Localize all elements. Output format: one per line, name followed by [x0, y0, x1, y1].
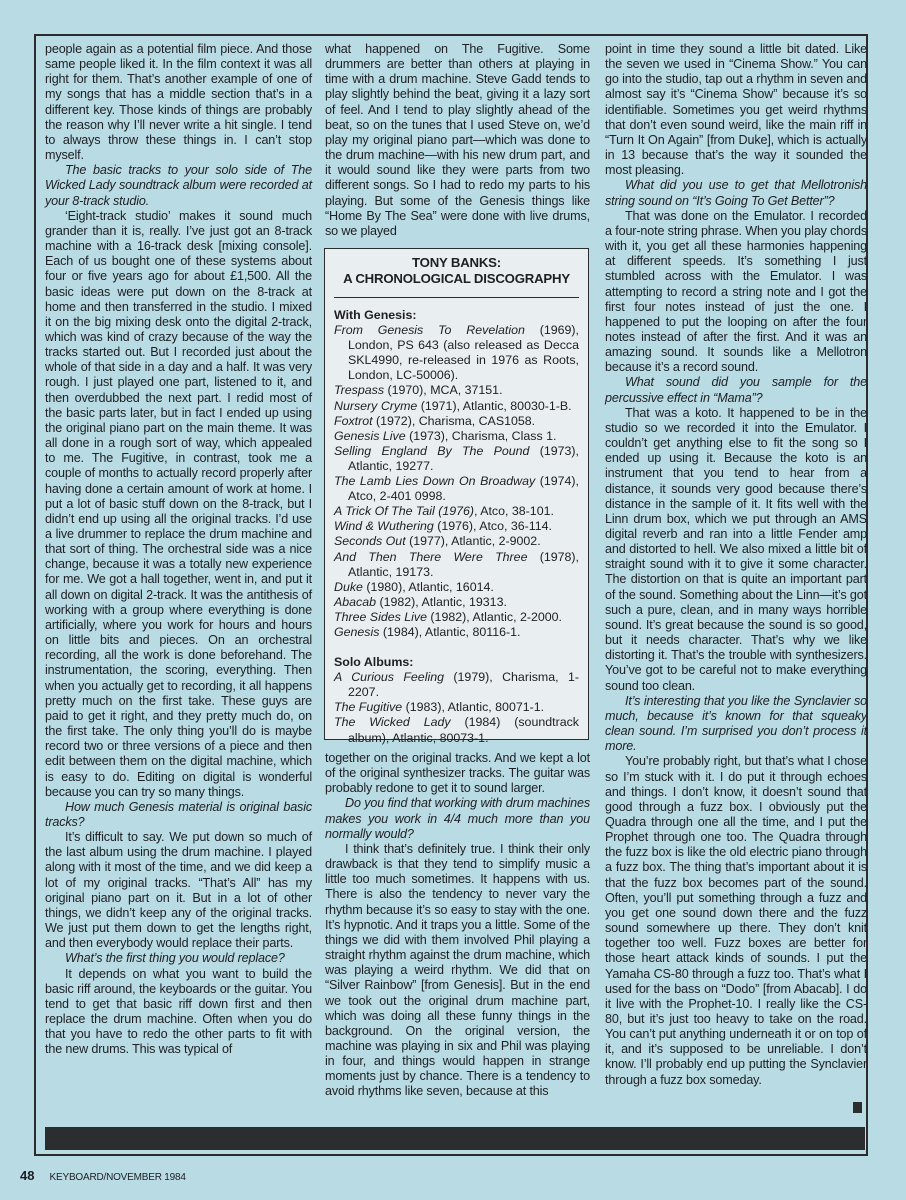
paragraph: what happened on The Fugitive. Some drum… [325, 42, 590, 239]
album-title: And Then There Were Three [334, 550, 527, 564]
article-column-3: point in time they sound a little bit da… [605, 42, 867, 1088]
album-details: , Atco, 38-101. [474, 504, 554, 518]
discography-entry: Abacab (1982), Atlantic, 19313. [334, 595, 579, 610]
interview-question: What’s the first thing you would replace… [45, 951, 312, 966]
end-of-article-mark-icon [853, 1102, 862, 1113]
album-title: Duke [334, 580, 363, 594]
album-details: (1983), Atlantic, 80071-1. [402, 700, 544, 714]
album-details: (1976), Atco, 36-114. [434, 519, 552, 533]
discography-entry: The Wicked Lady (1984) (soundtrack album… [334, 715, 579, 745]
album-title: Selling England By The Pound [334, 444, 529, 458]
interview-question: What sound did you sample for the percus… [605, 375, 867, 405]
album-details: (1970), MCA, 37151. [384, 383, 502, 397]
discography-entry: A Trick Of The Tail (1976), Atco, 38-101… [334, 504, 579, 519]
interview-answer: It’s difficult to say. We put down so mu… [45, 830, 312, 951]
discography-entry: From Genesis To Revelation (1969), Londo… [334, 323, 579, 383]
album-title: Trespass [334, 383, 384, 397]
discography-entry: Trespass (1970), MCA, 37151. [334, 383, 579, 398]
page-footer: 48 KEYBOARD/NOVEMBER 1984 [20, 1168, 186, 1183]
page-number: 48 [20, 1168, 34, 1183]
album-details: (1973), Charisma, Class 1. [406, 429, 557, 443]
album-details: (1984), Atlantic, 80116-1. [379, 625, 520, 639]
album-details: (1982), Atlantic, 2-2000. [427, 610, 562, 624]
album-title: Three Sides Live [334, 610, 427, 624]
album-details: (1977), Atlantic, 2-9002. [406, 534, 541, 548]
album-title: A Trick Of The Tail (1976) [334, 504, 474, 518]
discography-entry: Seconds Out (1977), Atlantic, 2-9002. [334, 534, 579, 549]
interview-question: It’s interesting that you like the Syncl… [605, 694, 867, 755]
paragraph: point in time they sound a little bit da… [605, 42, 867, 178]
sidebar-divider [334, 297, 579, 298]
discography-entry: Three Sides Live (1982), Atlantic, 2-200… [334, 610, 579, 625]
discography-entry: And Then There Were Three (1978), Atlant… [334, 550, 579, 580]
discography-entry: Selling England By The Pound (1973), Atl… [334, 444, 579, 474]
discography-entry: A Curious Feeling (1979), Charisma, 1-22… [334, 670, 579, 700]
interview-answer: That was a koto. It happened to be in th… [605, 406, 867, 694]
album-title: Genesis Live [334, 429, 406, 443]
paragraph: together on the original tracks. And we … [325, 751, 590, 796]
interview-answer: That was done on the Emulator. I recorde… [605, 209, 867, 376]
album-title: Wind & Wuthering [334, 519, 434, 533]
discography-entry: The Fugitive (1983), Atlantic, 80071-1. [334, 700, 579, 715]
discography-entry: The Lamb Lies Down On Broadway (1974), A… [334, 474, 579, 504]
publication-line: KEYBOARD/NOVEMBER 1984 [50, 1172, 186, 1183]
album-details: (1980), Atlantic, 16014. [363, 580, 494, 594]
album-title: The Lamb Lies Down On Broadway [334, 474, 535, 488]
article-column-2-top: what happened on The Fugitive. Some drum… [325, 42, 590, 239]
article-column-2-bottom: together on the original tracks. And we … [325, 751, 590, 1100]
sidebar-title: TONY BANKS: A CHRONOLOGICAL DISCOGRAPHY [334, 255, 579, 287]
discography-sidebar: TONY BANKS: A CHRONOLOGICAL DISCOGRAPHY … [324, 248, 589, 740]
discography-entry: Genesis (1984), Atlantic, 80116-1. [334, 625, 579, 640]
album-details: (1982), Atlantic, 19313. [376, 595, 507, 609]
interview-question: Do you find that working with drum machi… [325, 796, 590, 841]
album-details: (1972), Charisma, CAS1058. [373, 414, 536, 428]
article-column-1: people again as a potential film piece. … [45, 42, 312, 1057]
section-heading-solo: Solo Albums: [334, 655, 579, 670]
discography-entry: Wind & Wuthering (1976), Atco, 36-114. [334, 519, 579, 534]
album-title: Seconds Out [334, 534, 406, 548]
album-title: Nursery Cryme [334, 399, 417, 413]
discography-entry: Duke (1980), Atlantic, 16014. [334, 580, 579, 595]
bottom-dark-bar [45, 1127, 865, 1150]
interview-answer: ‘Eight-track studio’ makes it sound much… [45, 209, 312, 800]
paragraph: people again as a potential film piece. … [45, 42, 312, 163]
genesis-discography-list: From Genesis To Revelation (1969), Londo… [334, 323, 579, 640]
interview-question: The basic tracks to your solo side of Th… [45, 163, 312, 208]
album-title: A Curious Feeling [334, 670, 444, 684]
discography-entry: Nursery Cryme (1971), Atlantic, 80030-1-… [334, 399, 579, 414]
discography-entry: Genesis Live (1973), Charisma, Class 1. [334, 429, 579, 444]
section-heading-genesis: With Genesis: [334, 308, 579, 323]
discography-entry: Foxtrot (1972), Charisma, CAS1058. [334, 414, 579, 429]
album-title: The Fugitive [334, 700, 402, 714]
solo-discography-list: A Curious Feeling (1979), Charisma, 1-22… [334, 670, 579, 745]
album-title: Foxtrot [334, 414, 373, 428]
album-title: Genesis [334, 625, 379, 639]
album-title: The Wicked Lady [334, 715, 451, 729]
interview-answer: It depends on what you want to build the… [45, 967, 312, 1058]
interview-question: How much Genesis material is original ba… [45, 800, 312, 830]
album-details: (1971), Atlantic, 80030-1-B. [417, 399, 571, 413]
album-title: From Genesis To Revelation [334, 323, 525, 337]
interview-answer: You’re probably right, but that’s what I… [605, 754, 867, 1087]
interview-question: What did you use to get that Mellotronis… [605, 178, 867, 208]
interview-answer: I think that’s definitely true. I think … [325, 842, 590, 1100]
album-title: Abacab [334, 595, 376, 609]
